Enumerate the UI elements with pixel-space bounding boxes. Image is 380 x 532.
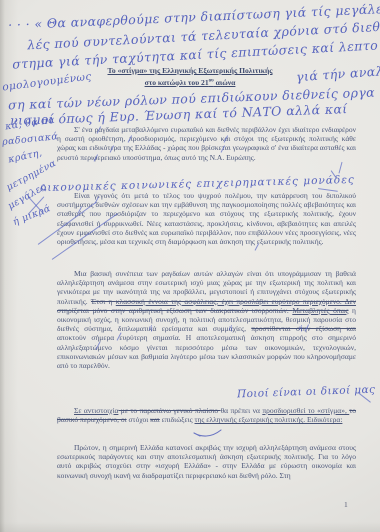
- insertion-mark: ή: [149, 324, 152, 332]
- check-swoosh-icon: [193, 428, 223, 440]
- struck-underlined-text: Μεταβλητές όπως: [292, 306, 348, 315]
- paragraph-4-segment: θα πρέπει να: [221, 406, 263, 415]
- pen-check-mark: [338, 162, 342, 174]
- struck-text: και: [150, 415, 160, 424]
- paragraph-5: Πρώτον, η σημερινή Ελλάδα κατανοεί ακριβ…: [57, 443, 356, 480]
- paragraph-1: Σ' ένα ραγδαία μεταβαλλόμενο ευρωπαϊκό κ…: [57, 125, 356, 162]
- struck-underlined-text: κλασσική έννοια της ασφάλειας, έχει προσ…: [116, 297, 356, 306]
- struck-text: με το παραπάνω γενικό πλαίσιο: [118, 406, 220, 415]
- underlined-text: Σε αντιστοιχία: [74, 406, 118, 415]
- paragraph-3: Μια βασική συνέπεια των ραγδαίων αυτών α…: [57, 269, 356, 370]
- insertion-mark: ή: [299, 324, 302, 332]
- struck-text: Έτσι η: [91, 297, 116, 306]
- page-number: 1: [344, 500, 348, 509]
- struck-text: προστίθενται στην εξίσωση και: [251, 324, 356, 333]
- handwritten-question-note: Ποιοί είναι οι δικοί μας: [237, 384, 376, 401]
- paragraph-2: Είναι γεγονός ότι μετά το τέλος του ψυχρ…: [57, 191, 356, 246]
- document-title: Το «στίγμα» της Ελληνικής Εξωτερικής Πολ…: [0, 66, 380, 88]
- scanned-document-page: · · · « Θα αναφερθούμε στην διαπίστωση γ…: [0, 0, 380, 532]
- paragraph-3-segment: αποκτούν σήμερα ευρύτερη σημασία. Η αποτ…: [57, 333, 356, 370]
- struck-text: στηρίζεται μόνο στην αριθμητική εξίσωση …: [57, 306, 292, 315]
- paragraph-4-segment: στόχοι: [127, 415, 151, 424]
- margin-note: κράτη,: [7, 148, 43, 166]
- document-title-line-2: στο κατώφλι του 21ου αιώνα: [145, 78, 236, 87]
- paragraph-4: Σε αντιστοιχία με το παραπάνω γενικό πλα…: [57, 406, 356, 424]
- margin-note: ραδοσιακά: [2, 131, 59, 148]
- paragraph-4-segment: επιδιώξεις: [160, 415, 195, 424]
- underlined-text: της ελληνικής εξωτερικής πολιτικής. Ειδι…: [195, 415, 343, 424]
- document-title-line-1: Το «στίγμα» της Ελληνικής Εξωτερικής Πολ…: [108, 66, 273, 75]
- insertion-mark: ή: [229, 324, 232, 332]
- underlined-text: προσδιορισθεί το «στίγμα»,: [262, 406, 349, 415]
